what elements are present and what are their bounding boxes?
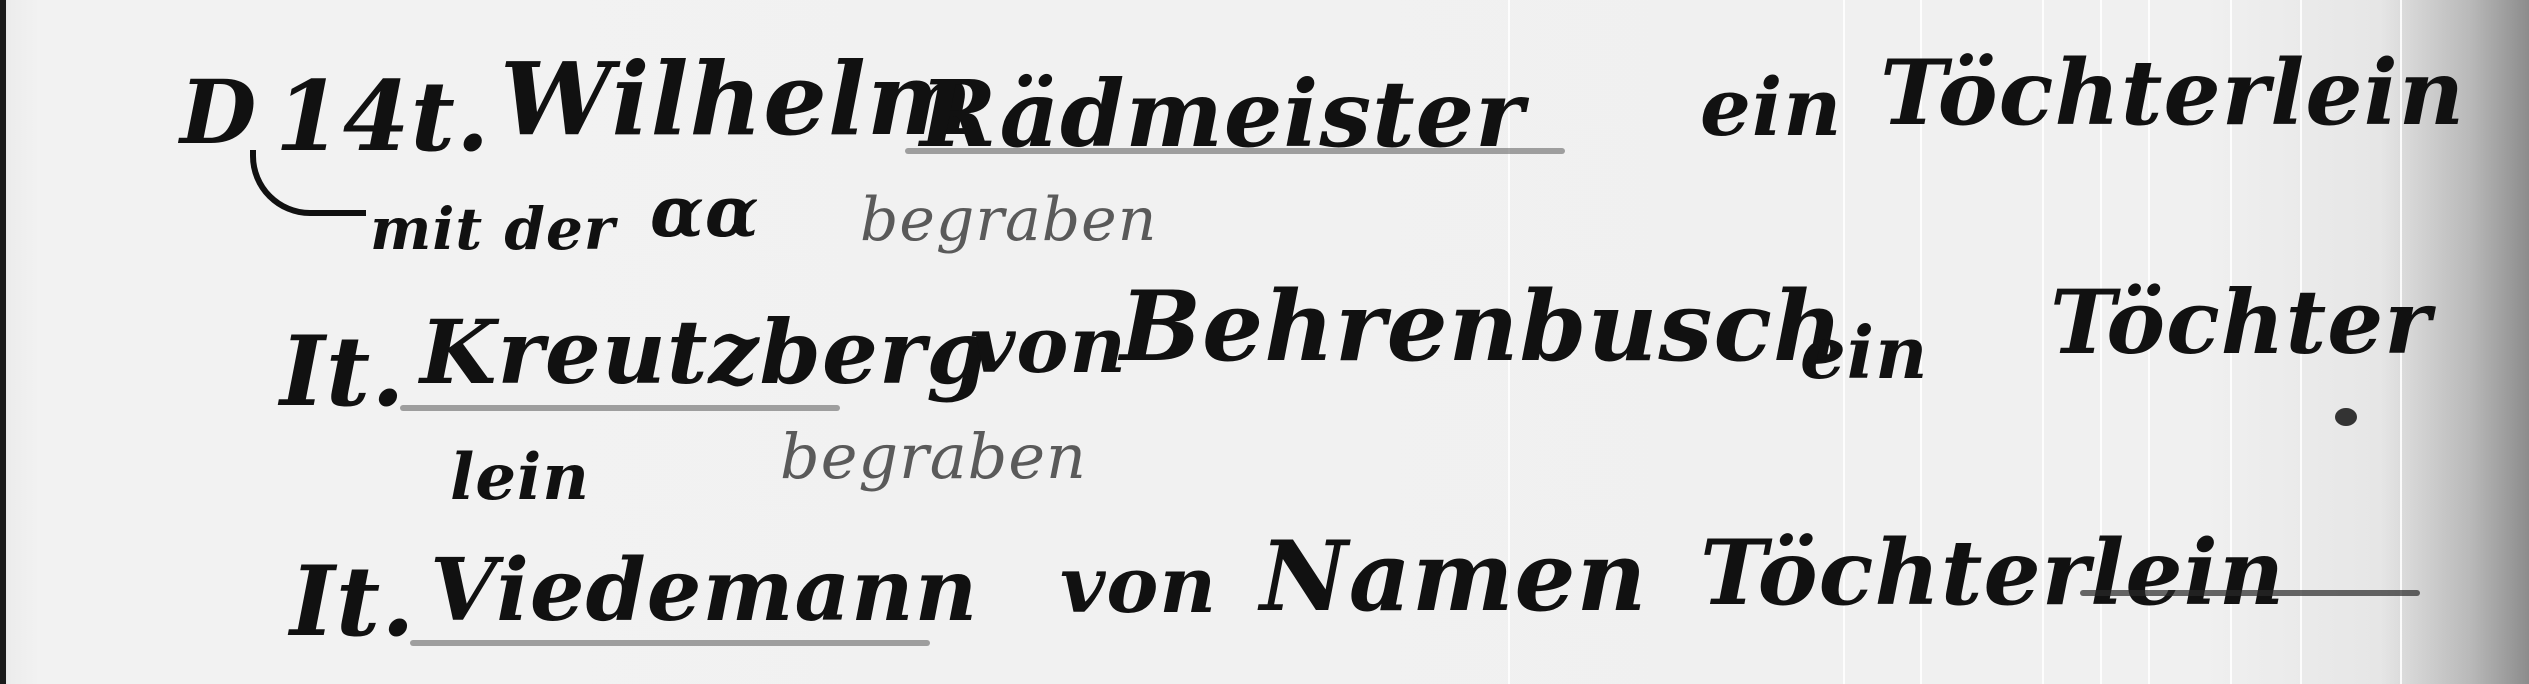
place-name: Namen bbox=[1260, 520, 1647, 633]
burial-word: begraben bbox=[780, 420, 1087, 493]
underline-mark bbox=[905, 148, 1565, 154]
underline-mark bbox=[400, 405, 840, 411]
line-filler-stroke bbox=[2080, 590, 2420, 596]
ink-blot bbox=[2335, 408, 2357, 426]
page-left-edge bbox=[0, 0, 6, 684]
given-name: Wilhelm bbox=[500, 40, 974, 158]
noun-word: Töchter bbox=[2050, 270, 2432, 374]
entry-marker: It. bbox=[280, 315, 406, 428]
underline-mark bbox=[410, 640, 930, 646]
burial-word: begraben bbox=[860, 185, 1157, 255]
entry-marker: D bbox=[180, 60, 257, 164]
article-word: ein bbox=[1700, 60, 1842, 154]
article-word: ein bbox=[1800, 310, 1929, 395]
manuscript-page: D 14t. Wilhelm Rädmeister ein Töchterlei… bbox=[0, 0, 2529, 684]
abbreviation-mark: αα bbox=[650, 170, 760, 253]
noun-word: Töchterlein bbox=[1700, 520, 2285, 626]
surname: Viedemann bbox=[430, 540, 978, 641]
noun-word: Töchterlein bbox=[1880, 40, 2465, 146]
preposition-word: von bbox=[1060, 540, 1217, 631]
line-continuation: lein bbox=[450, 440, 590, 515]
entry-marker: It. bbox=[290, 545, 416, 658]
entry-date: 14t. bbox=[275, 60, 490, 173]
line-prefix: mit der bbox=[370, 195, 615, 263]
surname: Kreutzberg bbox=[420, 300, 989, 404]
place-name: Behrenbusch bbox=[1120, 270, 1844, 383]
preposition-word: von bbox=[970, 300, 1127, 391]
